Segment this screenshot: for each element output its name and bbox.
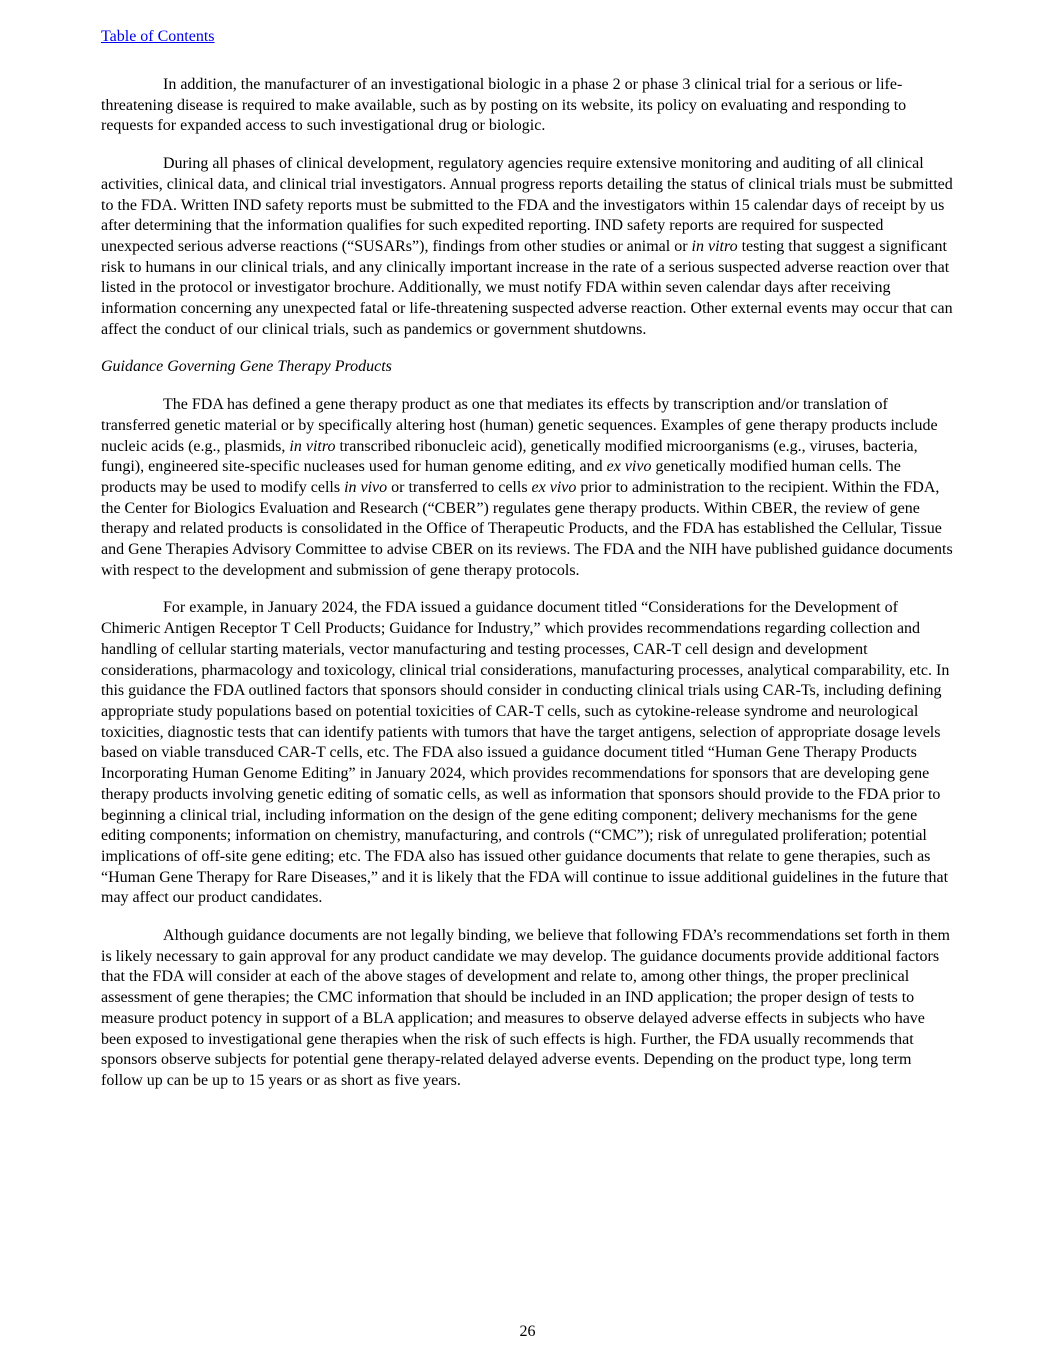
text-run: Although guidance documents are not lega…: [101, 927, 950, 1089]
page-number: 26: [0, 1322, 1055, 1342]
paragraph-expanded-access: In addition, the manufacturer of an inve…: [101, 75, 954, 137]
text-run: For example, in January 2024, the FDA is…: [101, 599, 949, 906]
table-of-contents-link[interactable]: Table of Contents: [101, 27, 215, 47]
italic-term: ex vivo: [532, 479, 577, 496]
italic-term: ex vivo: [607, 458, 652, 475]
paragraph-clinical-monitoring: During all phases of clinical developmen…: [101, 154, 954, 340]
document-body: In addition, the manufacturer of an inve…: [101, 75, 954, 1109]
italic-term: in vitro: [289, 438, 335, 455]
italic-term: in vitro: [692, 238, 738, 255]
section-heading: Guidance Governing Gene Therapy Products: [101, 357, 954, 378]
italic-term: in vivo: [344, 479, 387, 496]
paragraph-guidance-examples: For example, in January 2024, the FDA is…: [101, 598, 954, 909]
text-run: In addition, the manufacturer of an inve…: [101, 76, 906, 134]
paragraph-guidance-not-binding: Although guidance documents are not lega…: [101, 926, 954, 1092]
text-run: or transferred to cells: [387, 479, 531, 496]
paragraph-gene-therapy-definition: The FDA has defined a gene therapy produ…: [101, 395, 954, 581]
